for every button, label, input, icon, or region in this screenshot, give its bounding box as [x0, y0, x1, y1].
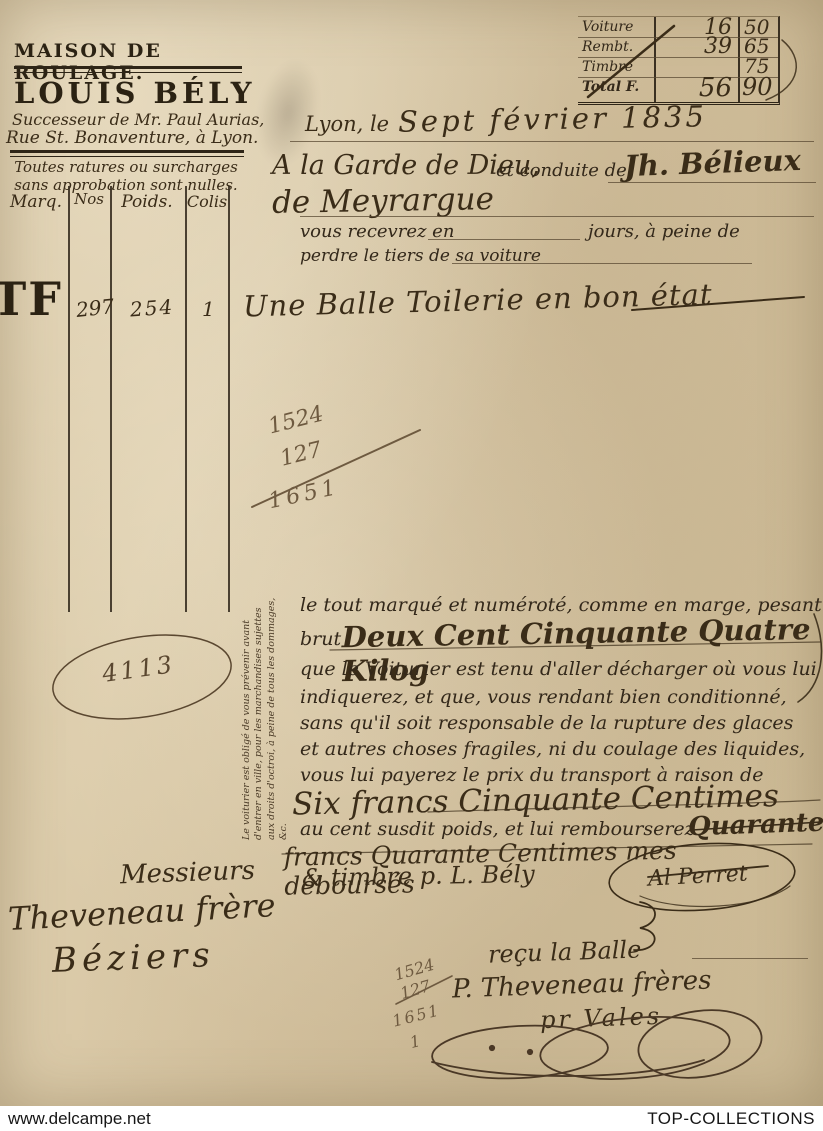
- goods-colis-value: 1: [202, 297, 215, 321]
- watermark-left: www.delcampe.net: [8, 1109, 151, 1129]
- body-line-5: sans qu'il soit responsable de la ruptur…: [300, 712, 793, 734]
- letterhead-successor: Successeur de Mr. Paul Aurias,: [12, 110, 264, 129]
- goods-header-poids: Poids.: [112, 192, 182, 212]
- dateline-handwritten: Sept février 1835: [398, 99, 707, 138]
- goods-description: Une Balle Toilerie en bon état: [243, 275, 814, 324]
- goods-col-line-4: [228, 186, 230, 612]
- pencil-upper-line-1: 1524: [266, 402, 326, 440]
- body-line-6: et autres choses fragiles, ni du coulage…: [300, 738, 805, 760]
- paper-background: MAISON DE ROULAGE. LOUIS BÉLY Successeur…: [0, 0, 823, 1106]
- margin-note: Le voiturier est obligé de vous prévenir…: [241, 590, 289, 840]
- receipt-line-3: pr Vales: [540, 1002, 663, 1034]
- body-line-3: que le Voiturier est tenu d'aller déchar…: [300, 658, 817, 680]
- recipient-name: Theveneau frère: [7, 886, 276, 938]
- dateline-printed: Lyon, le: [305, 112, 389, 136]
- oval-registry-number: 4113: [100, 650, 176, 688]
- pencil-upper-line-3: 1651: [266, 475, 342, 514]
- receipt-line-1: reçu la Balle: [488, 935, 642, 968]
- receipt-line-2: P. Theveneau frères: [452, 965, 712, 1004]
- dateline-rule: [290, 141, 814, 142]
- watermark-right: TOP-COLLECTIONS: [647, 1109, 815, 1129]
- body-line-2-printed: brut: [300, 628, 341, 650]
- fee-label-timbre: Timbre: [582, 59, 633, 75]
- goods-poids-value: 254: [129, 294, 175, 321]
- carrier-hand: Jh. Bélieux: [623, 143, 801, 183]
- fee-label-voiture: Voiture: [582, 19, 633, 35]
- forfeit-rule: [452, 263, 752, 264]
- pencil-upper-line-2: 127: [278, 437, 325, 471]
- letterhead-rule-top: [14, 66, 242, 73]
- days-blank-rule: [428, 239, 580, 240]
- origin-rule: [300, 216, 814, 217]
- fee-col-divider-2: [738, 17, 740, 102]
- letterhead-notice: Toutes ratures ou surcharges sans approb…: [10, 158, 242, 194]
- body-line-4: indiquerez, et que, vous rendant bien co…: [300, 686, 787, 708]
- body-line-11-hand: & timbre p. L. Bély: [302, 860, 535, 892]
- printed-conduite: et conduite de: [496, 160, 627, 181]
- fee-centimes-total: 90: [742, 73, 773, 101]
- watermark-strip: www.delcampe.net TOP-COLLECTIONS: [0, 1106, 823, 1131]
- goods-header-marq: Marq.: [6, 192, 66, 212]
- fee-label-remb: Rembt.: [582, 39, 633, 55]
- printed-days: jours, à peine de: [588, 221, 740, 242]
- goods-col-line-1: [68, 186, 70, 612]
- recipient-city: Béziers: [51, 935, 215, 981]
- letterhead-address: Rue St. Bonaventure, à Lyon.: [6, 128, 258, 148]
- goods-header-nos: Nos: [70, 190, 108, 208]
- origin-hand: de Meyrargue: [272, 181, 495, 221]
- carrier-rule: [608, 182, 816, 183]
- letterhead-name: LOUIS BÉLY: [14, 76, 264, 110]
- recipient-salutation: Messieurs: [120, 856, 256, 891]
- pencil-lower-line-3: 1651: [390, 1000, 442, 1030]
- receipt-rule: [692, 958, 808, 959]
- fee-label-total: Total F.: [582, 79, 639, 95]
- pencil-lower-line-4: 1: [408, 1031, 422, 1052]
- fee-francs-total: 56: [656, 73, 732, 103]
- goods-col-line-2: [110, 186, 112, 612]
- goods-marque-value: TF: [0, 272, 63, 326]
- letterhead-rule-bottom: [10, 150, 244, 157]
- oval-stamp-text: Al Perret: [647, 861, 748, 891]
- fee-table: Voiture Rembt. Timbre Total F. 16 39 56 …: [578, 16, 780, 105]
- fee-francs-remb: 39: [656, 34, 732, 59]
- goods-numero-value: 297: [75, 294, 115, 322]
- scanned-waybill-document: MAISON DE ROULAGE. LOUIS BÉLY Successeur…: [0, 0, 823, 1131]
- goods-col-line-3: [185, 186, 187, 612]
- goods-header-colis: Colis: [186, 192, 228, 211]
